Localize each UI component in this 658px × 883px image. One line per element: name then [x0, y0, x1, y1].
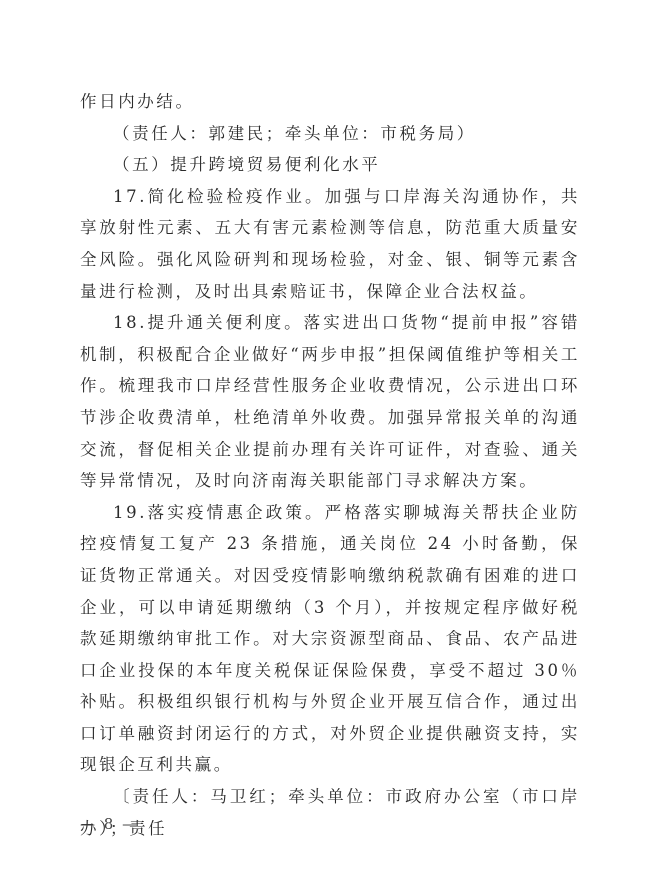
paragraph-item-19: 19.落实疫情惠企政策。严格落实聊城海关帮扶企业防控疫情复工复产 23 条措施，…: [80, 497, 580, 781]
paragraph-responsibility-port: 〔责任人：马卫红；牵头单位：市政府办公室（市口岸办）；责任: [80, 781, 580, 844]
paragraph-item-18: 18.提升通关便利度。落实进出口货物“提前申报”容错机制，积极配合企业做好“两步…: [80, 307, 580, 497]
section-heading-cross-border-trade: （五）提升跨境贸易便利化水平: [80, 149, 580, 181]
document-body: 作日内办结。 （责任人：郭建民；牵头单位：市税务局） （五）提升跨境贸易便利化水…: [80, 86, 580, 844]
document-page: 作日内办结。 （责任人：郭建民；牵头单位：市税务局） （五）提升跨境贸易便利化水…: [0, 0, 658, 883]
paragraph-responsibility-tax: （责任人：郭建民；牵头单位：市税务局）: [80, 118, 580, 150]
page-number: — 8 —: [80, 815, 139, 833]
paragraph-continuation: 作日内办结。: [80, 86, 580, 118]
paragraph-item-17: 17.简化检验检疫作业。加强与口岸海关沟通协作，共享放射性元素、五大有害元素检测…: [80, 181, 580, 307]
